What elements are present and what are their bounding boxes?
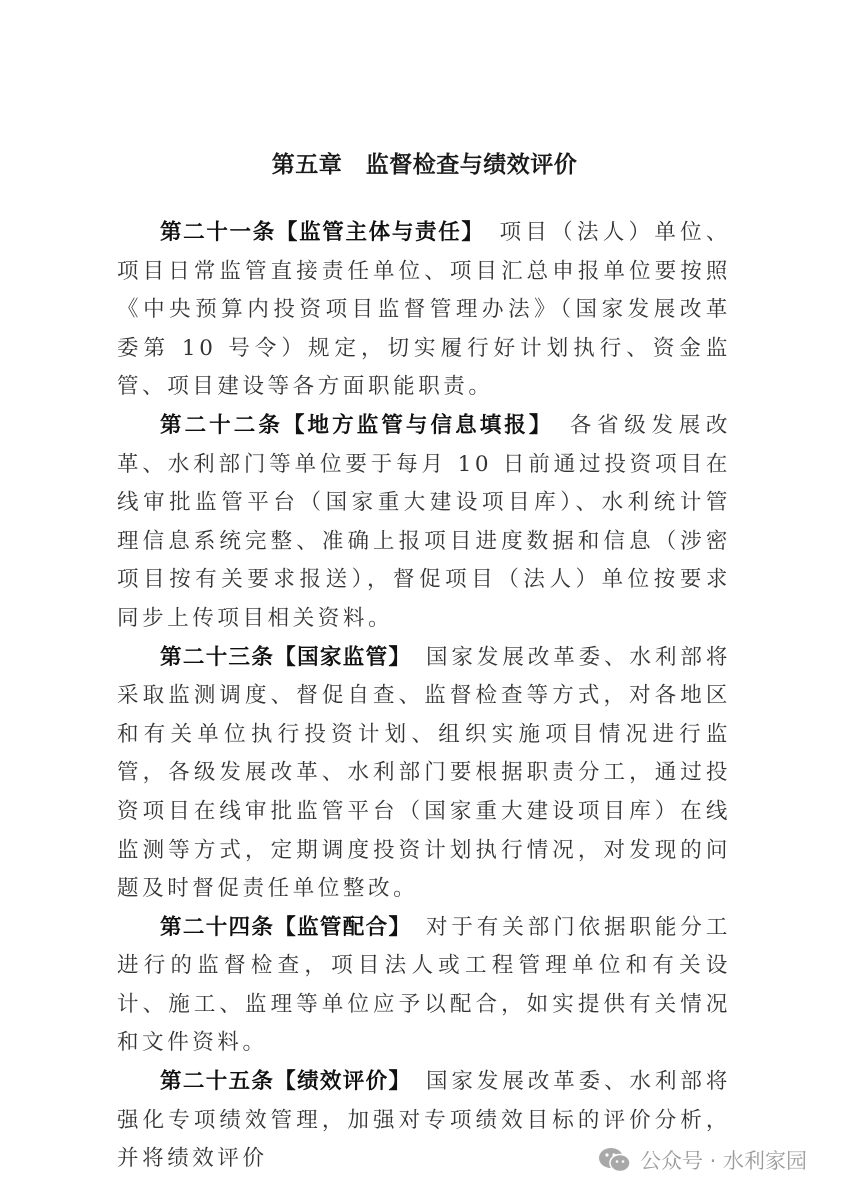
article-22: 第二十二条【地方监管与信息填报】 各省级发展改革、水利部门等单位要于每月 10 … [117, 407, 731, 639]
article-text: 各省级发展改革、水利部门等单位要于每月 10 日前通过投资项目在线审批监管平台（… [117, 413, 731, 631]
wechat-icon [598, 1147, 632, 1173]
chapter-title: 第五章 监督检查与绩效评价 [0, 146, 849, 179]
document-body: 第二十一条【监管主体与责任】 项目（法人）单位、项目日常监管直接责任单位、项目汇… [117, 214, 731, 1179]
article-text: 项目（法人）单位、项目日常监管直接责任单位、项目汇总申报单位要按照《中央预算内投… [117, 220, 731, 399]
watermark: 公众号 · 水利家园 [598, 1145, 807, 1175]
article-heading: 第二十二条【地方监管与信息填报】 [160, 413, 543, 438]
article-heading: 第二十四条【监管配合】 [160, 915, 401, 940]
watermark-text: 公众号 · 水利家园 [640, 1145, 807, 1175]
article-text: 国家发展改革委、水利部将采取监测调度、督促自查、监督检查等方式，对各地区和有关单… [117, 645, 731, 902]
article-24: 第二十四条【监管配合】 对于有关部门依据职能分工进行的监督检查，项目法人或工程管… [117, 909, 731, 1063]
article-heading: 第二十五条【绩效评价】 [160, 1069, 401, 1094]
document-page: 第五章 监督检查与绩效评价 第二十一条【监管主体与责任】 项目（法人）单位、项目… [0, 0, 849, 1200]
article-21: 第二十一条【监管主体与责任】 项目（法人）单位、项目日常监管直接责任单位、项目汇… [117, 214, 731, 407]
article-heading: 第二十一条【监管主体与责任】 [160, 220, 474, 245]
article-heading: 第二十三条【国家监管】 [160, 645, 401, 670]
article-23: 第二十三条【国家监管】 国家发展改革委、水利部将采取监测调度、督促自查、监督检查… [117, 639, 731, 909]
